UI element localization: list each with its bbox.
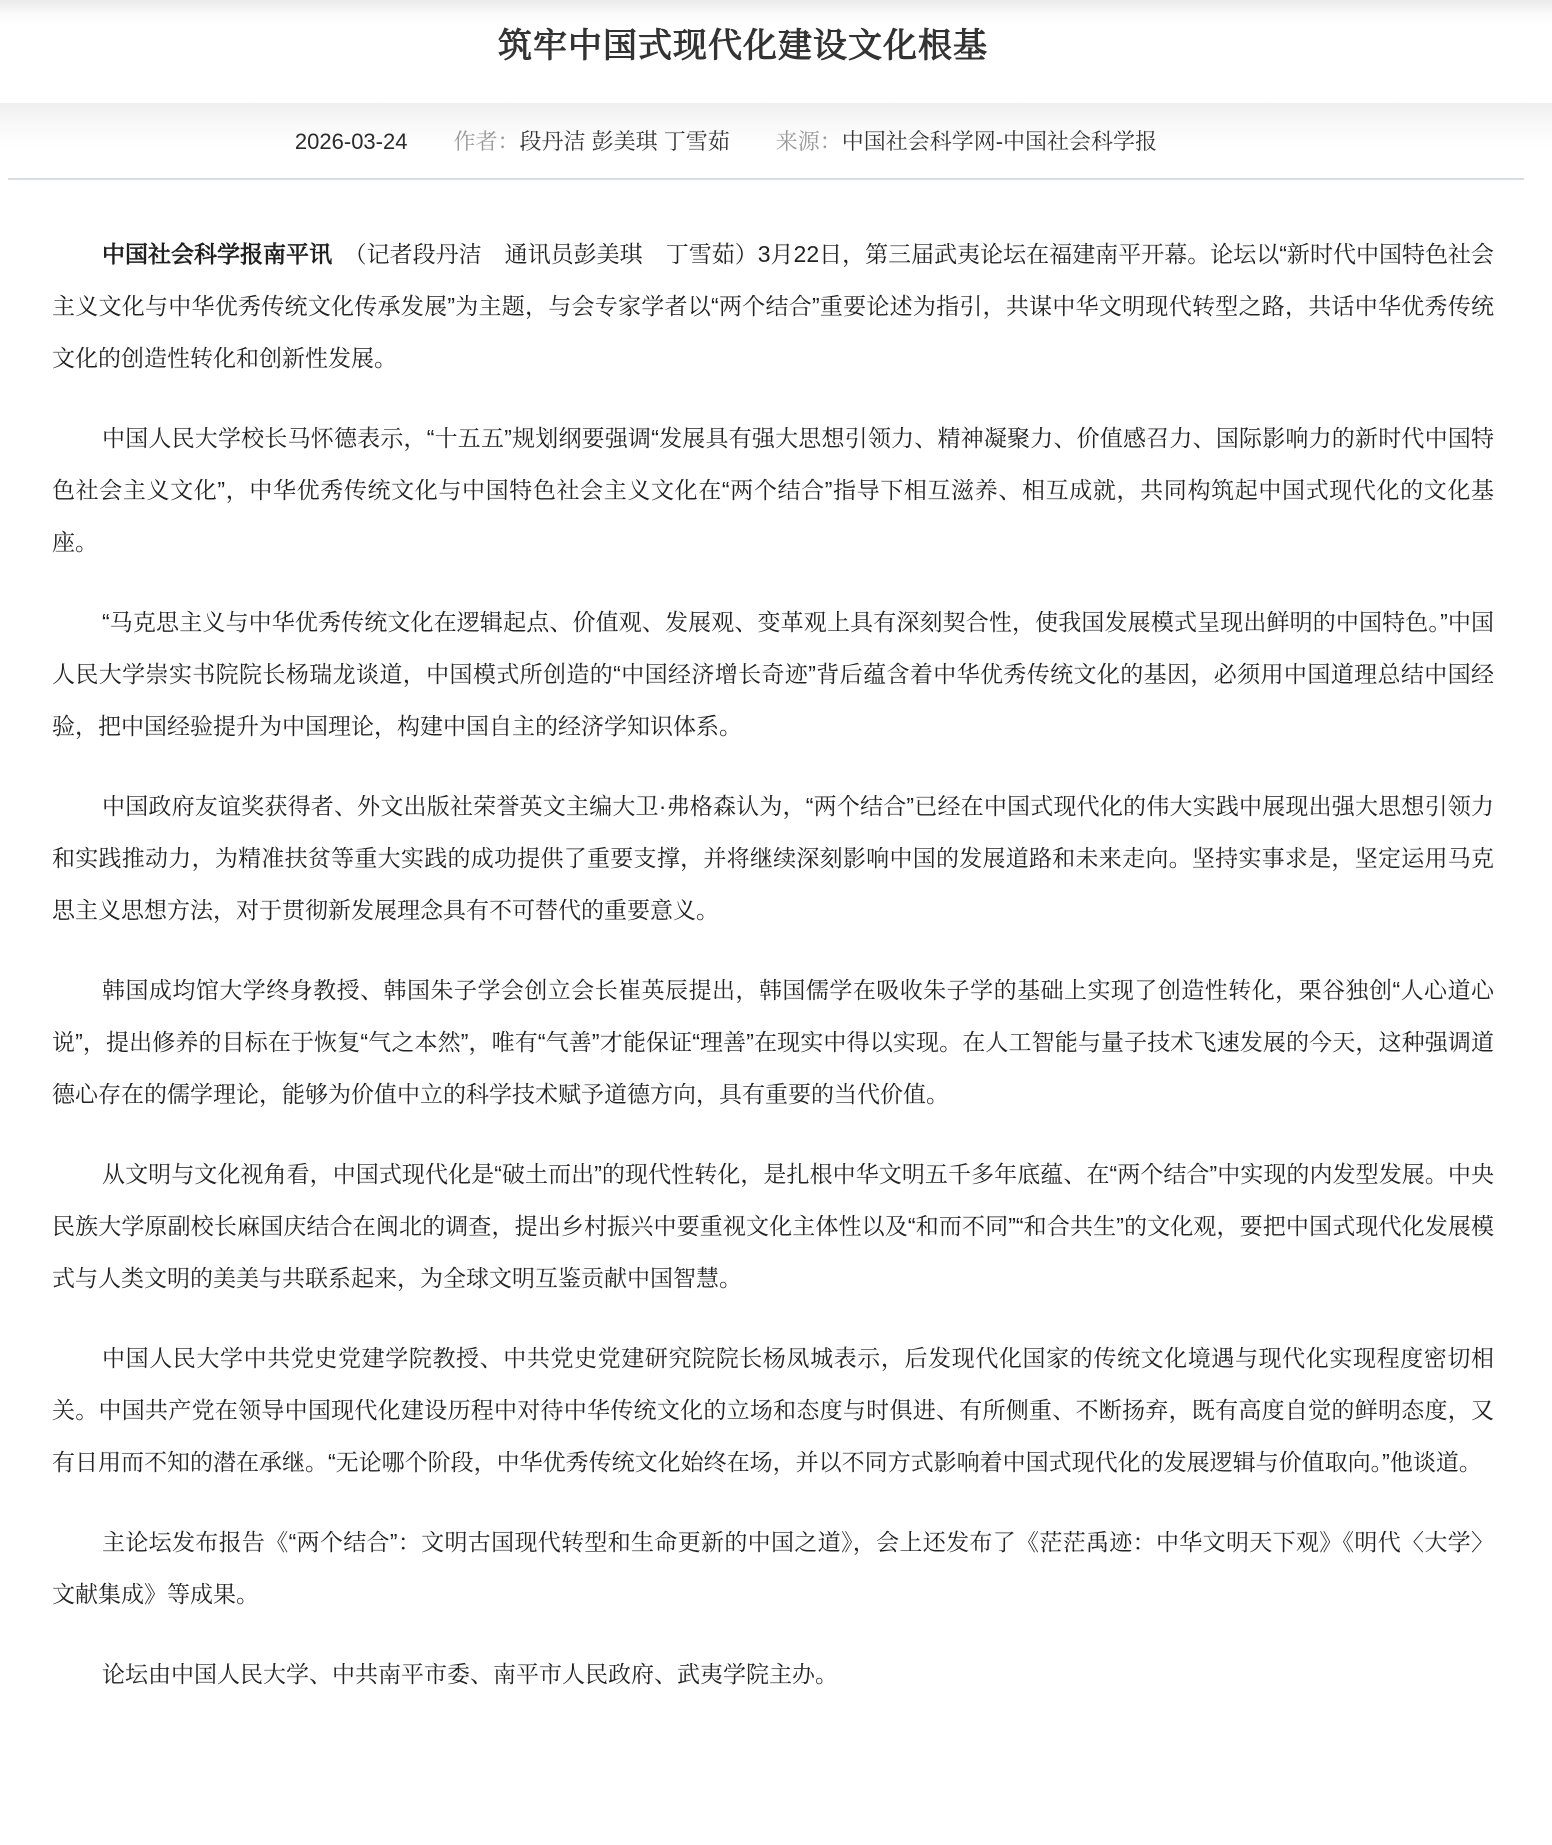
- article-paragraph: 主论坛发布报告《“两个结合”：文明古国现代转型和生命更新的中国之道》，会上还发布…: [52, 1516, 1494, 1620]
- meta-row: 2026-03-24 作者：段丹洁 彭美琪 丁雪茹 来源：中国社会科学网-中国社…: [295, 125, 1157, 156]
- article-paragraph: “马克思主义与中华优秀传统文化在逻辑起点、价值观、发展观、变革观上具有深刻契合性…: [52, 596, 1494, 752]
- title-area: 筑牢中国式现代化建设文化根基: [0, 0, 1552, 103]
- article-paragraph: 中国人民大学中共党史党建学院教授、中共党史党建研究院院长杨凤城表示，后发现代化国…: [52, 1332, 1494, 1488]
- article-paragraph: 中国社会科学报南平讯 （记者段丹洁 通讯员彭美琪 丁雪茹）3月22日，第三届武夷…: [52, 228, 1494, 384]
- page-title: 筑牢中国式现代化建设文化根基: [0, 0, 1486, 68]
- article-body: 中国社会科学报南平讯 （记者段丹洁 通讯员彭美琪 丁雪茹）3月22日，第三届武夷…: [0, 180, 1552, 1788]
- article-page: 筑牢中国式现代化建设文化根基 2026-03-24 作者：段丹洁 彭美琪 丁雪茹…: [0, 0, 1552, 1845]
- source-name: 中国社会科学网-中国社会科学报: [842, 129, 1157, 154]
- source-group: 来源：中国社会科学网-中国社会科学报: [776, 125, 1157, 156]
- author-label: 作者：: [453, 129, 519, 154]
- article-paragraph: 韩国成均馆大学终身教授、韩国朱子学会创立会长崔英辰提出，韩国儒学在吸收朱子学的基…: [52, 964, 1494, 1120]
- article-paragraph: 中国政府友谊奖获得者、外文出版社荣誉英文主编大卫·弗格森认为，“两个结合”已经在…: [52, 780, 1494, 936]
- dateline-bold: 中国社会科学报南平讯: [102, 241, 332, 267]
- publish-date: 2026-03-24: [295, 129, 408, 155]
- article-paragraph: 论坛由中国人民大学、中共南平市委、南平市人民政府、武夷学院主办。: [52, 1648, 1494, 1700]
- article-paragraph: 中国人民大学校长马怀德表示，“十五五”规划纲要强调“发展具有强大思想引领力、精神…: [52, 412, 1494, 568]
- source-label: 来源：: [776, 129, 842, 154]
- author-group: 作者：段丹洁 彭美琪 丁雪茹: [453, 125, 729, 156]
- author-names: 段丹洁 彭美琪 丁雪茹: [519, 129, 729, 154]
- article-paragraph: 从文明与文化视角看，中国式现代化是“破土而出”的现代性转化，是扎根中华文明五千多…: [52, 1148, 1494, 1304]
- meta-band: 2026-03-24 作者：段丹洁 彭美琪 丁雪茹 来源：中国社会科学网-中国社…: [0, 103, 1552, 178]
